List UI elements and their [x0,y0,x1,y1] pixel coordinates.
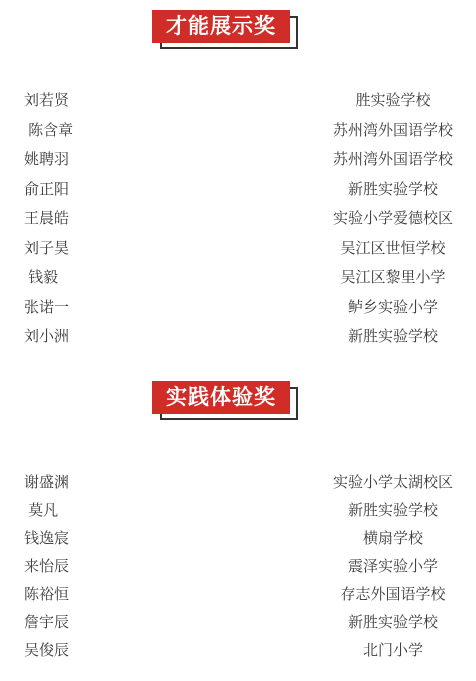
award-row: 张诺一 鲈乡实验小学 [0,292,476,322]
award-row: 刘子昊 吴江区世恒学校 [0,233,476,263]
winner-name: 刘小洲 [0,325,310,346]
award-row: 姚聘羽 苏州湾外国语学校 [0,144,476,174]
winner-name: 刘若贤 [0,89,310,110]
award-row: 谢盛渊 实验小学太湖校区 [0,468,476,496]
award-row: 莫凡 新胜实验学校 [0,496,476,524]
award-row: 钱毅 吴江区黎里小学 [0,262,476,292]
award-list: 谢盛渊 实验小学太湖校区 莫凡 新胜实验学校 钱逸宸 横扇学校 来怡辰 震泽实验… [0,468,476,664]
award-list: 刘若贤 胜实验学校 陈含章 苏州湾外国语学校 姚聘羽 苏州湾外国语学校 俞正阳 … [0,85,476,351]
winner-school: 北门小学 [310,639,476,660]
winner-name: 钱毅 [0,266,310,287]
winner-name: 陈含章 [0,119,310,140]
winner-name: 姚聘羽 [0,148,310,169]
award-row: 詹宇辰 新胜实验学校 [0,608,476,636]
award-row: 陈裕恒 存志外国语学校 [0,580,476,608]
award-row: 王晨皓 实验小学爱德校区 [0,203,476,233]
winner-name: 吴俊辰 [0,639,310,660]
winner-school: 实验小学太湖校区 [310,471,476,492]
winner-school: 震泽实验小学 [310,555,476,576]
award-sections: 才能展示奖 刘若贤 胜实验学校 陈含章 苏州湾外国语学校 姚聘羽 苏州湾外国语学… [0,10,476,664]
winner-name: 张诺一 [0,296,310,317]
section-badge-label: 实践体验奖 [152,381,290,414]
winner-name: 钱逸宸 [0,527,310,548]
winner-name: 陈裕恒 [0,583,310,604]
winner-name: 詹宇辰 [0,611,310,632]
winner-school: 苏州湾外国语学校 [310,148,476,169]
award-section: 实践体验奖 谢盛渊 实验小学太湖校区 莫凡 新胜实验学校 钱逸宸 横扇学校 来怡… [0,381,476,664]
winner-school: 新胜实验学校 [310,178,476,199]
award-row: 吴俊辰 北门小学 [0,636,476,664]
winner-school: 新胜实验学校 [310,499,476,520]
winner-name: 来怡辰 [0,555,310,576]
winner-school: 新胜实验学校 [310,325,476,346]
winner-school: 横扇学校 [310,527,476,548]
award-row: 来怡辰 震泽实验小学 [0,552,476,580]
award-row: 刘若贤 胜实验学校 [0,85,476,115]
winner-name: 莫凡 [0,499,310,520]
award-row: 钱逸宸 横扇学校 [0,524,476,552]
winner-school: 吴江区黎里小学 [310,266,476,287]
badge-row: 才能展示奖 [0,10,442,43]
award-row: 陈含章 苏州湾外国语学校 [0,115,476,145]
badge-box: 实践体验奖 [152,381,290,414]
badge-box: 才能展示奖 [152,10,290,43]
award-row: 俞正阳 新胜实验学校 [0,174,476,204]
winner-school: 新胜实验学校 [310,611,476,632]
winner-school: 吴江区世恒学校 [310,237,476,258]
winner-school: 实验小学爱德校区 [310,207,476,228]
winner-school: 胜实验学校 [310,89,476,110]
award-section: 才能展示奖 刘若贤 胜实验学校 陈含章 苏州湾外国语学校 姚聘羽 苏州湾外国语学… [0,10,476,351]
winner-name: 俞正阳 [0,178,310,199]
winner-name: 王晨皓 [0,207,310,228]
award-row: 刘小洲 新胜实验学校 [0,321,476,351]
section-badge-label: 才能展示奖 [152,10,290,43]
winner-school: 苏州湾外国语学校 [310,119,476,140]
winner-name: 刘子昊 [0,237,310,258]
badge-row: 实践体验奖 [0,381,442,414]
winner-name: 谢盛渊 [0,471,310,492]
winner-school: 存志外国语学校 [310,583,476,604]
winner-school: 鲈乡实验小学 [310,296,476,317]
